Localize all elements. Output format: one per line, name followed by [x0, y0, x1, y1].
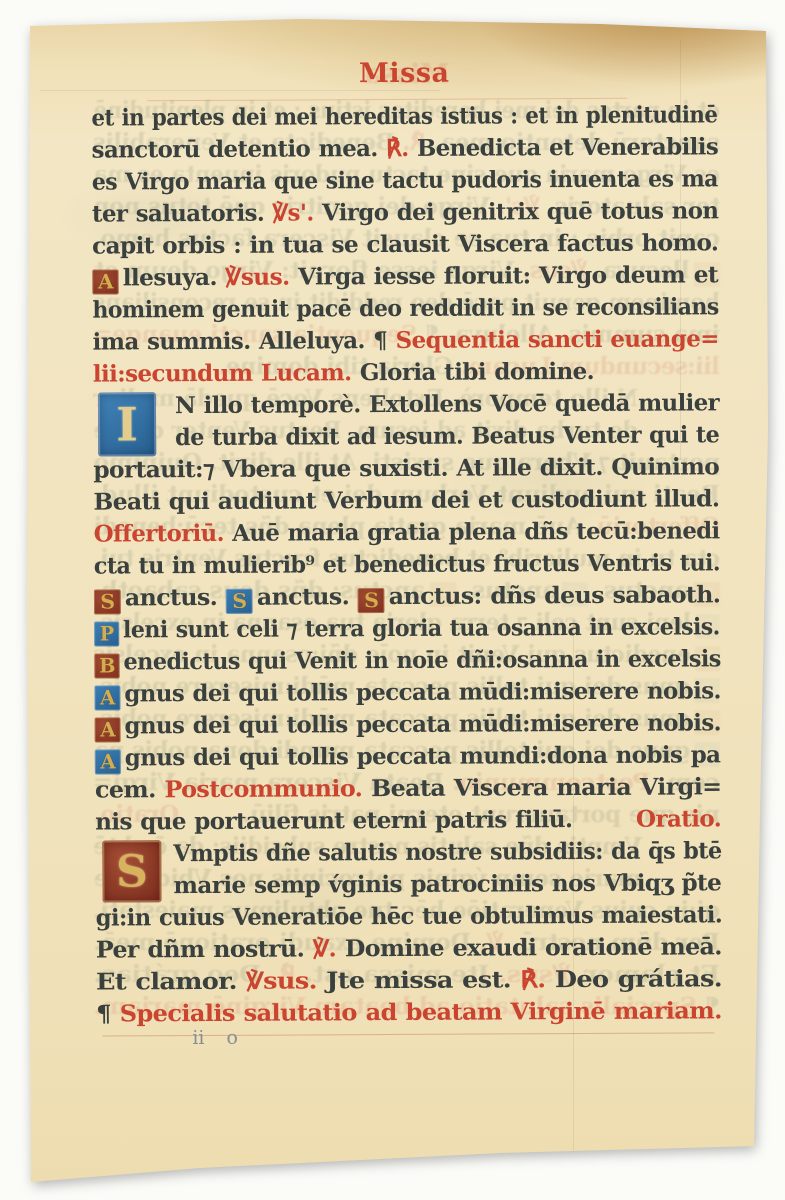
- text-line-content: Sanctus. Sanctus. Sanctus: dñs deus saba…: [94, 579, 721, 614]
- body-text: Beata Viscera maria Virgi=: [371, 773, 722, 802]
- body-text: Beati qui audiunt Verbum dei et custodiu…: [93, 485, 719, 515]
- text-line-content: Agnus dei qui tollis peccata mundi:dona …: [95, 739, 721, 774]
- text-line-content: N illo temporè. Extollens Vocē quedā mul…: [175, 387, 719, 422]
- body-text: Domine exaudi orationē meā.: [345, 933, 722, 962]
- text-line: Pleni sunt celi ⁊ terra gloria tua osann…: [94, 611, 720, 646]
- body-text: capit orbis : in tua se clausit Viscera …: [92, 229, 718, 259]
- body-text: Benedicta et Venerabilis: [417, 133, 718, 162]
- scan-background: et in partes dei mei hereditas istius : …: [0, 0, 785, 1200]
- body-text: ima summis. Alleluya. ¶: [93, 327, 396, 356]
- inline-initial: B: [94, 653, 119, 678]
- page-heading-text: Missa: [359, 58, 450, 89]
- body-text: anctus: dñs deus sabaoth.: [389, 581, 721, 610]
- body-text: et in partes dei mei hereditas istius : …: [91, 101, 717, 131]
- illuminated-initial-i: I: [98, 392, 156, 456]
- rubric-text: ℟.: [386, 135, 417, 162]
- inline-initial: S: [358, 588, 385, 613]
- text-line: capit orbis : in tua se clausit Viscera …: [92, 227, 718, 262]
- text-line: Sanctus. Sanctus. Sanctus: dñs deus saba…: [94, 579, 720, 614]
- body-text: Jte missa est.: [326, 966, 520, 994]
- body-text: gi:in cuius Veneratiōe hēc tue obtulimus…: [96, 901, 723, 931]
- inline-initial: S: [94, 589, 121, 614]
- text-line: Allesuya. ℣sus. Virga iesse floruit: Vir…: [92, 259, 718, 294]
- text-line-content: Pleni sunt celi ⁊ terra gloria tua osann…: [94, 611, 720, 646]
- body-text: Auē maria gratia plena dñs tecū:benedi: [232, 517, 719, 547]
- inline-initial: A: [92, 269, 118, 294]
- text-line-content: gi:in cuius Veneratiōe hēc tue obtulimus…: [96, 899, 723, 934]
- text-line-content: Benedictus qui Venit in noīe dñi:osanna …: [94, 643, 721, 678]
- manuscript-leaf-wrapper: et in partes dei mei hereditas istius : …: [0, 0, 785, 1200]
- body-text: llesuya.: [123, 264, 226, 292]
- illuminated-initial-s: S: [102, 840, 161, 902]
- text-line: cta tu in mulierib⁹ et benedictus fructu…: [94, 547, 720, 582]
- text-line-content: portauit:⁊ Vbera que suxisti. At ille di…: [93, 451, 719, 486]
- text-line: Et clamor. ℣sus. Jte missa est. ℟. Deo g…: [96, 963, 722, 998]
- text-line-content: Offertoriū. Auē maria gratia plena dñs t…: [94, 515, 720, 550]
- text-line: Agnus dei qui tollis peccata mūdi:misere…: [95, 707, 721, 742]
- text-line: ter saluatoris. ℣s'. Virgo dei genitrix …: [92, 195, 718, 230]
- body-text: anctus.: [257, 583, 358, 611]
- body-text: Gloria tibi domine.: [360, 358, 594, 386]
- text-line: nis que portauerunt eterni patris filiū.…: [95, 803, 721, 838]
- inline-initial: A: [94, 685, 120, 710]
- text-line-content: Per dñm nostrū. ℣. Domine exaudi oration…: [96, 931, 722, 966]
- text-line-content: cem. Postcommunio. Beata Viscera maria V…: [95, 771, 722, 806]
- text-line: es Virgo maria que sine tactu pudoris in…: [92, 163, 718, 198]
- rubric-text: lii:secundum Lucam.: [93, 359, 360, 387]
- text-line: Vmptis dñe salutis nostre subsidiis: da …: [95, 835, 721, 870]
- rubric-text: ℟.: [520, 966, 555, 993]
- text-line-content: Vmptis dñe salutis nostre subsidiis: da …: [173, 835, 721, 870]
- body-text: Vmptis dñe salutis nostre subsidiis: da …: [173, 837, 721, 867]
- text-line-content: Agnus dei qui tollis peccata mūdi:misere…: [94, 675, 721, 710]
- text-line-content: hominem genuit pacē deo reddidit in se r…: [92, 291, 718, 326]
- rubric-text: ℣sus.: [246, 967, 326, 994]
- body-text: leni sunt celi ⁊ terra gloria tua osanna…: [123, 613, 720, 643]
- text-line-content: Allesuya. ℣sus. Virga iesse floruit: Vir…: [92, 259, 718, 294]
- rubric-text: ℣.: [313, 935, 345, 962]
- text-line: Offertoriū. Auē maria gratia plena dñs t…: [94, 515, 720, 550]
- body-text: cem.: [95, 776, 165, 803]
- text-line: portauit:⁊ Vbera que suxisti. At ille di…: [93, 451, 719, 486]
- body-text: Virga iesse floruit: Virgo deum et: [298, 261, 718, 290]
- rubric-text: ℣sus.: [225, 263, 298, 290]
- body-text: Et clamor.: [96, 968, 246, 996]
- body-text: Virgo dei genitrix quē totus non: [322, 197, 718, 226]
- body-text: de turba dixit ad iesum. Beatus Venter q…: [175, 421, 719, 451]
- text-line-content: ima summis. Alleluya. ¶ Sequentia sancti…: [93, 323, 719, 358]
- body-text: anctus.: [125, 584, 226, 612]
- initial-glyph: S: [116, 846, 148, 897]
- body-text: es Virgo maria que sine tactu pudoris in…: [92, 165, 718, 195]
- text-line-content: et in partes dei mei hereditas istius : …: [91, 99, 717, 134]
- text-line-content: Beati qui audiunt Verbum dei et custodiu…: [93, 483, 719, 518]
- printed-text-layer: Missa et in partes dei mei hereditas ist…: [0, 0, 785, 1200]
- inline-initial: P: [94, 621, 119, 646]
- body-text: gnus dei qui tollis peccata mūdi:miserer…: [124, 677, 721, 707]
- body-text: gnus dei qui tollis peccata mūdi:miserer…: [124, 709, 721, 739]
- inline-initial: A: [95, 749, 121, 774]
- text-line: ima summis. Alleluya. ¶ Sequentia sancti…: [93, 323, 719, 358]
- text-line-content: Et clamor. ℣sus. Jte missa est. ℟. Deo g…: [96, 963, 722, 998]
- text-line: Benedictus qui Venit in noīe dñi:osanna …: [94, 643, 720, 678]
- text-line-content: marie semp v́ginis patrociniis nos Vbiqʒ…: [173, 867, 721, 902]
- body-text: Deo grátias.: [555, 965, 722, 993]
- rubric-text: Specialis salutatio ad beatam Virginē ma…: [120, 997, 722, 1027]
- body-text: Per dñm nostrū.: [96, 935, 313, 963]
- text-line: Agnus dei qui tollis peccata mundi:dona …: [95, 739, 721, 774]
- text-line: et in partes dei mei hereditas istius : …: [91, 99, 717, 134]
- text-line: ¶ Specialis salutatio ad beatam Virginē …: [96, 995, 722, 1030]
- rubric-text: Postcommunio.: [164, 775, 371, 803]
- rubric-text: ℣s'.: [273, 199, 323, 226]
- text-line-content: sanctorū detentio mea. ℟. Benedicta et V…: [92, 131, 719, 166]
- body-text: gnus dei qui tollis peccata mundi:dona n…: [125, 741, 721, 771]
- rubric-text: Oratio.: [636, 803, 721, 835]
- body-text: ¶: [96, 1000, 120, 1027]
- text-line-content: Agnus dei qui tollis peccata mūdi:misere…: [95, 707, 722, 742]
- text-line: marie semp v́ginis patrociniis nos Vbiqʒ…: [95, 867, 721, 902]
- inline-initial: S: [226, 588, 253, 613]
- text-line-content: cta tu in mulierib⁹ et benedictus fructu…: [94, 547, 720, 582]
- body-text: ter saluatoris.: [92, 200, 273, 228]
- text-line-content: ter saluatoris. ℣s'. Virgo dei genitrix …: [92, 195, 719, 230]
- text-line: N illo temporè. Extollens Vocē quedā mul…: [93, 387, 719, 422]
- body-text: hominem genuit pacē deo reddidit in se r…: [92, 293, 718, 323]
- text-line-content: de turba dixit ad iesum. Beatus Venter q…: [175, 419, 719, 454]
- text-line: de turba dixit ad iesum. Beatus Venter q…: [93, 419, 719, 454]
- body-text: nis que portauerunt eterni patris filiū.: [95, 806, 572, 835]
- body-text: enedictus qui Venit in noīe dñi:osanna i…: [123, 645, 720, 675]
- text-line: Per dñm nostrū. ℣. Domine exaudi oration…: [96, 931, 722, 966]
- text-line-content: lii:secundum Lucam. Gloria tibi domine.: [93, 356, 594, 391]
- text-line: Beati qui audiunt Verbum dei et custodiu…: [93, 483, 719, 518]
- body-text: cta tu in mulierib⁹ et benedictus fructu…: [94, 549, 720, 579]
- body-text: sanctorū detentio mea.: [92, 135, 387, 164]
- text-line: lii:secundum Lucam. Gloria tibi domine.: [93, 355, 719, 390]
- collation-mark: ii o: [192, 1027, 238, 1049]
- text-line: cem. Postcommunio. Beata Viscera maria V…: [95, 771, 721, 806]
- rubric-text: Sequentia sancti euange=: [396, 325, 719, 354]
- body-text: marie semp v́ginis patrociniis nos Vbiqʒ…: [173, 869, 721, 899]
- page-heading: Missa: [91, 56, 717, 90]
- manuscript-leaf: et in partes dei mei hereditas istius : …: [0, 0, 785, 1200]
- text-line-content: nis que portauerunt eterni patris filiū.: [95, 804, 572, 838]
- body-text: N illo temporè. Extollens Vocē quedā mul…: [175, 389, 719, 419]
- text-line: hominem genuit pacē deo reddidit in se r…: [92, 291, 718, 326]
- text-line-content: capit orbis : in tua se clausit Viscera …: [92, 227, 718, 262]
- text-line-content: ¶ Specialis salutatio ad beatam Virginē …: [96, 995, 722, 1030]
- text-line: gi:in cuius Veneratiōe hēc tue obtulimus…: [96, 899, 722, 934]
- initial-glyph: I: [116, 397, 138, 451]
- text-line: sanctorū detentio mea. ℟. Benedicta et V…: [92, 131, 718, 166]
- text-line: Agnus dei qui tollis peccata mūdi:misere…: [94, 675, 720, 710]
- inline-initial: A: [95, 717, 121, 742]
- body-text: portauit:⁊ Vbera que suxisti. At ille di…: [93, 453, 719, 483]
- text-block: et in partes dei mei hereditas istius : …: [91, 99, 722, 1030]
- text-line-content: es Virgo maria que sine tactu pudoris in…: [92, 163, 718, 198]
- rubric-text: Offertoriū.: [94, 520, 233, 548]
